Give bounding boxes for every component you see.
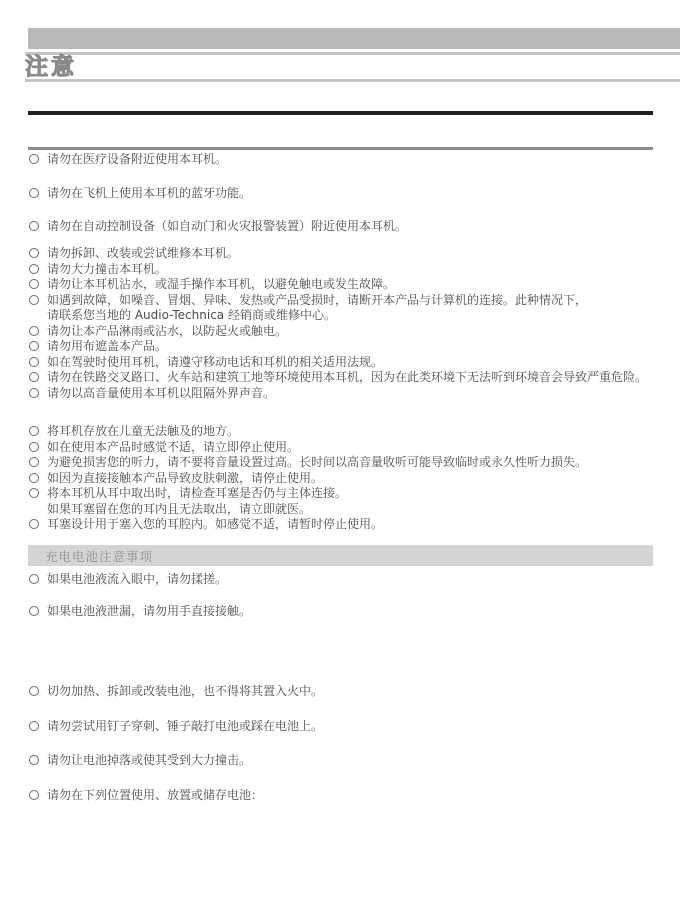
circle-bullet-icon [29, 310, 39, 320]
warning-list-health: 将耳机存放在儿童无法触及的地方。如在使用本产品时感觉不适，请立即停止使用。为避免… [28, 424, 658, 533]
circle-bullet-icon [29, 457, 39, 467]
list-item-text: 如果电池液泄漏，请勿用手直接接触。 [47, 604, 658, 620]
list-item: 请勿在医疗设备附近使用本耳机。 [28, 152, 658, 168]
circle-bullet-icon [29, 188, 39, 198]
list-item-text: 将本耳机从耳中取出时，请检查耳塞是否仍与主体连接。 [47, 486, 658, 502]
list-item-text: 如果耳塞留在您的耳内且无法取出，请立即就医。 [47, 502, 658, 518]
circle-bullet-icon [29, 473, 39, 483]
list-item: 如果电池液流入眼中，请勿揉搓。 [28, 572, 658, 588]
list-item-text: 切勿加热、拆卸或改装电池，也不得将其置入火中。 [47, 684, 658, 700]
list-item-text: 请勿让本产品淋雨或沾水，以防起火或触电。 [47, 324, 658, 340]
circle-bullet-icon [29, 721, 39, 731]
list-item-text: 请勿在飞机上使用本耳机的蓝牙功能。 [47, 186, 658, 202]
list-item: 请勿拆卸、改装或尝试维修本耳机。 [28, 246, 658, 262]
list-item: 请勿让本耳机沾水，或湿手操作本耳机，以避免触电或发生故障。 [28, 277, 658, 293]
list-item-text: 请勿让本耳机沾水，或湿手操作本耳机，以避免触电或发生故障。 [47, 277, 658, 293]
circle-bullet-icon [29, 326, 39, 336]
circle-bullet-icon [29, 357, 39, 367]
circle-bullet-icon [29, 426, 39, 436]
circle-bullet-icon [29, 519, 39, 529]
list-item-text: 如在使用本产品时感觉不适，请立即停止使用。 [47, 440, 658, 456]
battery-section-header-bar: 充电电池注意事项 [28, 545, 653, 566]
list-item: 请勿大力撞击本耳机。 [28, 262, 658, 278]
list-item-text: 请勿在铁路交叉路口、火车站和建筑工地等环境使用本耳机，因为在此类环境下无法听到环… [47, 370, 658, 386]
list-item: 将耳机存放在儿童无法触及的地方。 [28, 424, 658, 440]
list-item-text: 将耳机存放在儿童无法触及的地方。 [47, 424, 658, 440]
list-item-text: 请勿在下列位置使用、放置或储存电池： [47, 788, 658, 804]
list-item: 请勿在飞机上使用本耳机的蓝牙功能。 [28, 186, 658, 202]
list-item-text: 请勿以高音量使用本耳机以阻隔外界声音。 [47, 386, 658, 402]
list-item: 请勿在铁路交叉路口、火车站和建筑工地等环境使用本耳机，因为在此类环境下无法听到环… [28, 370, 658, 386]
list-item: 为避免损害您的听力，请不要将音量设置过高。长时间以高音量收听可能导致临时或永久性… [28, 455, 658, 471]
circle-bullet-icon [29, 341, 39, 351]
list-item: 请勿在自动控制设备（如自动门和火灾报警装置）附近使用本耳机。 [28, 219, 658, 235]
list-item: 如因为直接接触本产品导致皮肤刺激，请停止使用。 [28, 471, 658, 487]
top-gray-bar [28, 28, 680, 49]
circle-bullet-icon [29, 790, 39, 800]
gray-divider-rule [28, 147, 653, 150]
circle-bullet-icon [29, 442, 39, 452]
list-item: 如在驾驶时使用耳机，请遵守移动电话和耳机的相关适用法规。 [28, 355, 658, 371]
black-divider-rule [28, 111, 653, 115]
list-item: 请勿尝试用钉子穿刺、锤子敲打电池或踩在电池上。 [28, 719, 658, 735]
list-item: 如遇到故障，如噪音、冒烟、异味、发热或产品受损时，请断开本产品与计算机的连接。此… [28, 293, 658, 309]
warning-list-battery-fluid: 如果电池液流入眼中，请勿揉搓。如果电池液泄漏，请勿用手直接接触。 [28, 572, 658, 635]
page-title: 注意 [25, 54, 77, 80]
list-item-text: 请勿用布遮盖本产品。 [47, 339, 658, 355]
circle-bullet-icon [29, 154, 39, 164]
list-item-text: 请勿在自动控制设备（如自动门和火灾报警装置）附近使用本耳机。 [47, 219, 658, 235]
list-item: 如果电池液泄漏，请勿用手直接接触。 [28, 604, 658, 620]
circle-bullet-icon [29, 606, 39, 616]
list-item: 请勿在下列位置使用、放置或储存电池： [28, 788, 658, 804]
list-item-text: 为避免损害您的听力，请不要将音量设置过高。长时间以高音量收听可能导致临时或永久性… [47, 455, 658, 471]
circle-bullet-icon [29, 755, 39, 765]
list-item: 请勿让电池掉落或使其受到大力撞击。 [28, 753, 658, 769]
warning-list-battery-handling: 切勿加热、拆卸或改装电池，也不得将其置入火中。请勿尝试用钉子穿刺、锤子敲打电池或… [28, 684, 658, 822]
list-item: 请勿用布遮盖本产品。 [28, 339, 658, 355]
circle-bullet-icon [29, 279, 39, 289]
circle-bullet-icon [29, 295, 39, 305]
list-item-text: 如遇到故障，如噪音、冒烟、异味、发热或产品受损时，请断开本产品与计算机的连接。此… [47, 293, 658, 309]
list-item-text: 请勿拆卸、改装或尝试维修本耳机。 [47, 246, 658, 262]
circle-bullet-icon [29, 221, 39, 231]
title-bottom-rule [25, 79, 680, 82]
list-item: 将本耳机从耳中取出时，请检查耳塞是否仍与主体连接。 [28, 486, 658, 502]
list-item-text: 请勿大力撞击本耳机。 [47, 262, 658, 278]
list-item-continuation: 请联系您当地的 Audio-Technica 经销商或维修中心。 [28, 308, 658, 324]
list-item-text: 请勿让电池掉落或使其受到大力撞击。 [47, 753, 658, 769]
list-item-text: 耳塞设计用于塞入您的耳腔内。如感觉不适，请暂时停止使用。 [47, 517, 658, 533]
circle-bullet-icon [29, 248, 39, 258]
circle-bullet-icon [29, 574, 39, 584]
circle-bullet-icon [29, 264, 39, 274]
list-item: 耳塞设计用于塞入您的耳腔内。如感觉不适，请暂时停止使用。 [28, 517, 658, 533]
warning-list-general: 请勿在医疗设备附近使用本耳机。请勿在飞机上使用本耳机的蓝牙功能。请勿在自动控制设… [28, 152, 658, 253]
circle-bullet-icon [29, 488, 39, 498]
list-item-text: 请勿尝试用钉子穿刺、锤子敲打电池或踩在电池上。 [47, 719, 658, 735]
title-top-rule [25, 52, 680, 55]
list-item: 请勿以高音量使用本耳机以阻隔外界声音。 [28, 386, 658, 402]
circle-bullet-icon [29, 372, 39, 382]
circle-bullet-icon [29, 686, 39, 696]
list-item-continuation: 如果耳塞留在您的耳内且无法取出，请立即就医。 [28, 502, 658, 518]
list-item: 请勿让本产品淋雨或沾水，以防起火或触电。 [28, 324, 658, 340]
circle-bullet-icon [29, 504, 39, 514]
warning-list-device-care: 请勿拆卸、改装或尝试维修本耳机。请勿大力撞击本耳机。请勿让本耳机沾水，或湿手操作… [28, 246, 658, 401]
list-item-text: 如在驾驶时使用耳机，请遵守移动电话和耳机的相关适用法规。 [47, 355, 658, 371]
list-item-text: 请勿在医疗设备附近使用本耳机。 [47, 152, 658, 168]
list-item-text: 如果电池液流入眼中，请勿揉搓。 [47, 572, 658, 588]
list-item-text: 如因为直接接触本产品导致皮肤刺激，请停止使用。 [47, 471, 658, 487]
manual-page: 注意 请勿在医疗设备附近使用本耳机。请勿在飞机上使用本耳机的蓝牙功能。请勿在自动… [0, 0, 680, 907]
circle-bullet-icon [29, 388, 39, 398]
list-item: 如在使用本产品时感觉不适，请立即停止使用。 [28, 440, 658, 456]
battery-section-title: 充电电池注意事项 [45, 547, 153, 565]
list-item-text: 请联系您当地的 Audio-Technica 经销商或维修中心。 [47, 308, 658, 324]
list-item: 切勿加热、拆卸或改装电池，也不得将其置入火中。 [28, 684, 658, 700]
